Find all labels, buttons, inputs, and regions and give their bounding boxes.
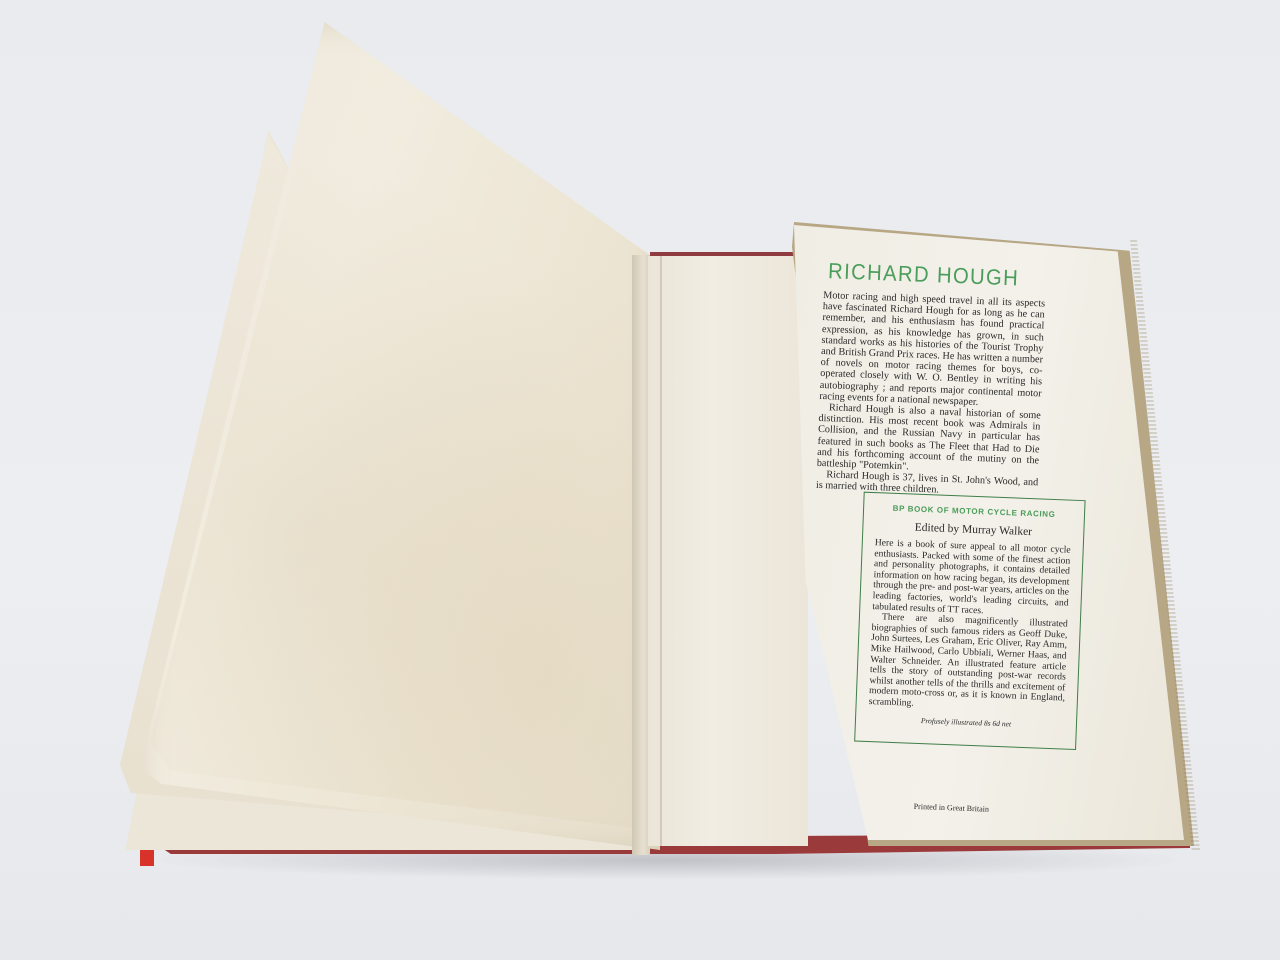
bio-paragraph: Motor racing and high speed travel in al… xyxy=(819,290,1045,410)
promo-paragraph: There are also magnificently illustrated… xyxy=(868,612,1068,715)
page-foxing xyxy=(150,90,650,830)
promo-paragraph: Here is a book of sure appeal to all mot… xyxy=(872,538,1071,620)
promo-body: Here is a book of sure appeal to all mot… xyxy=(868,538,1070,715)
promo-price: Profusely illustrated 8s 6d net xyxy=(868,714,1064,731)
author-bio: Motor racing and high speed travel in al… xyxy=(816,290,1046,500)
bio-paragraph: Richard Hough is also a naval historian … xyxy=(817,402,1041,478)
board-top-edge xyxy=(650,252,800,256)
book-photo: RICHARD HOUGH Motor racing and high spee… xyxy=(0,0,1280,960)
promo-editor: Edited by Murray Walker xyxy=(875,520,1071,540)
promo-title: BP BOOK OF MOTOR CYCLE RACING xyxy=(876,503,1072,520)
flap-text: RICHARD HOUGH Motor racing and high spee… xyxy=(802,250,1124,851)
spine-gutter xyxy=(632,255,650,855)
author-heading: RICHARD HOUGH xyxy=(828,258,1101,294)
red-board-corner xyxy=(140,848,154,866)
endpaper xyxy=(648,256,808,846)
promo-box: BP BOOK OF MOTOR CYCLE RACING Edited by … xyxy=(854,492,1085,750)
endpaper-crease xyxy=(660,256,662,846)
printed-in-label: Printed in Great Britain xyxy=(914,802,990,814)
